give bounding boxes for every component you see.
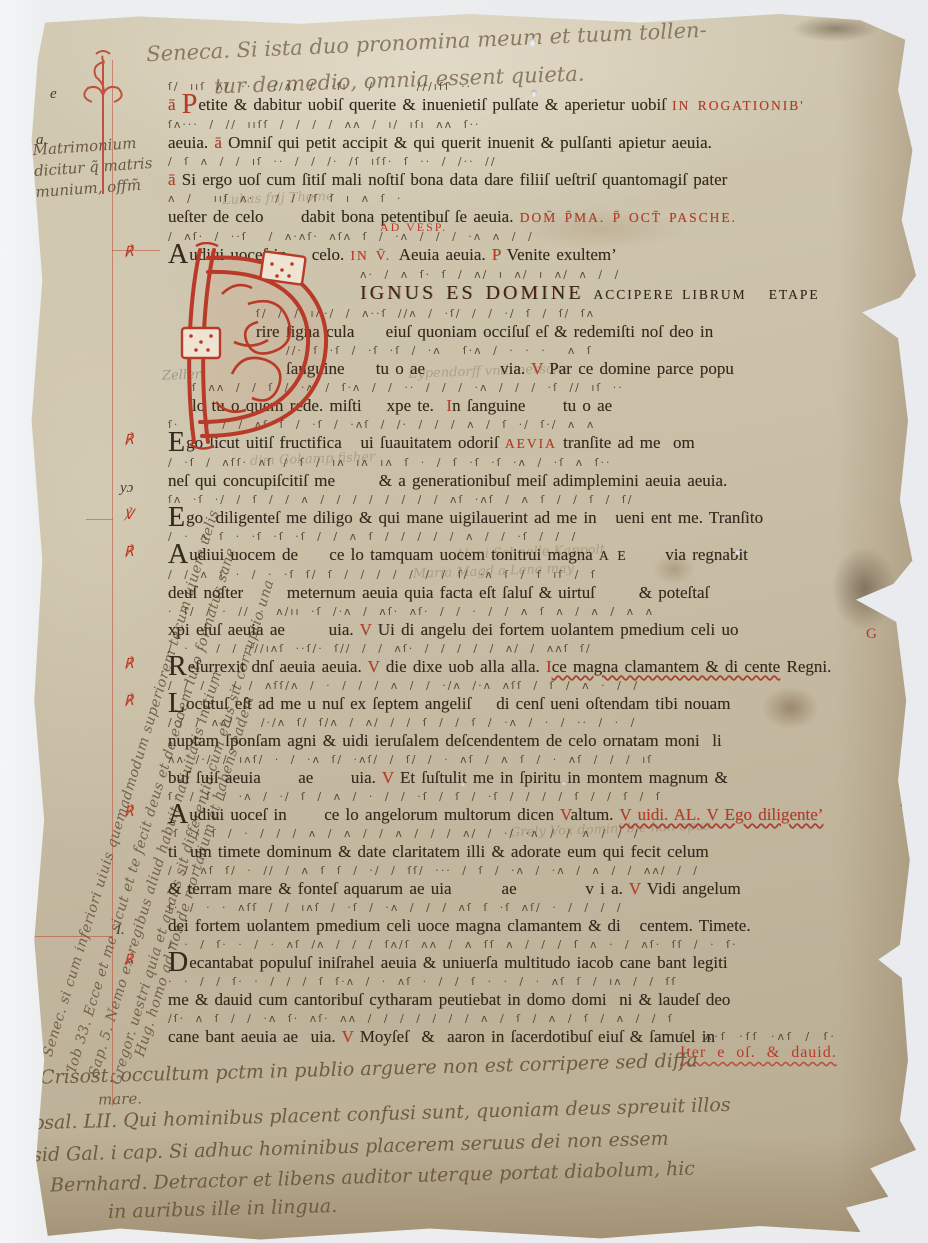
text-segment: ocutuſ eſt ad me u nuſ ex ſeptem angeliſ… (186, 694, 730, 713)
chant-text-line: ueſter de celo dabit bona petentibuſ ſe … (168, 206, 910, 229)
chant-text-line: & terram mare & fonteſ aquarum ae uia ae… (168, 878, 910, 900)
margin-mark: ℟ (124, 544, 134, 561)
parchment-hole (531, 90, 537, 97)
rubric-segment: ā (214, 133, 222, 152)
rubric-segment: IN ROGATIONIB' (672, 98, 805, 113)
chant-lines: ſ∕ ııſ ʌ∕ ·· ∕∕ʌ∕ ∕ ··ſı ∕ ·· ∕∕∕ıſſ ··ā… (168, 80, 910, 1049)
neume-row: ∕ · · ∕ ∕ ∕∕∕ıʌſ ··ſ∕· ſ∕∕ ∕ ∕ ʌſ· ∕ ∕ ∕… (168, 642, 910, 656)
text-segment: cane bant aeuia ae uia. (168, 1027, 342, 1046)
text-segment: udiui uoceſ in ce lo angelorum multorum … (189, 805, 560, 824)
neume-row: ∕·∕ ∕ ʌʌ∕ · ∕·∕ʌ ſ∕ ſ∕ʌ ∕ ʌ∕ ∕ ∕ ſ ∕ ∕ ſ… (168, 716, 910, 730)
neume-row: ſ∕ ııſ ʌ∕ ·· ∕∕ʌ∕ ∕ ··ſı ∕ ·· ∕∕∕ıſſ ·· (168, 80, 910, 94)
iter-rubric: ſ· ʌ·ſ ·ſſ ·ʌſ ∕ ſ· Iter e oſ. & dauid. … (680, 1030, 910, 1062)
chant-text-line: deuſ noſter meternum aeuia quia facta eſ… (168, 582, 910, 604)
text-segment: ecantabat populuſ iniſrahel aeuia & uniu… (189, 953, 727, 972)
chant-text-line: IGNUS ES DOMINE ACCIPERE LIBRUM ETAPE (360, 282, 910, 306)
edge-red-letter: ſ (900, 794, 904, 811)
bottom-annotation-line: in auribus ille in lingua. (108, 1195, 338, 1223)
text-segment: altum. (570, 805, 619, 824)
rubric-segment: V (368, 657, 386, 676)
text-segment: dei fortem uolantem pmedium celi uoce ma… (168, 916, 751, 935)
bottom-annotation-line: Bernhard. Detractor et libens auditor ut… (50, 1158, 695, 1197)
matrimonium-gloss: Matrimonium dicitur q̃ matris munium, of… (32, 132, 155, 203)
neume-row: ∕ · ʌ ſ · ·ſ ·ſ ·ſ ∕ ∕ ʌ ſ ∕ ∕ ∕ ∕ ∕ ʌ ∕… (168, 530, 910, 544)
neume-row: ∕ ·ſ ∕ ʌſſ· ʌſ ∕ ſ ∕ ıʌ ıʌ ıʌ ſ · ∕ ſ ·ſ… (168, 456, 910, 470)
text-segment: xpi eiuſ aeuia ae uia. (168, 620, 360, 639)
text-segment: via regnabit (628, 545, 748, 564)
neume-row: ſʌ ·ſ ·∕ ∕ ſ ∕ ∕ ʌ ∕ ∕ ∕ ∕ ∕ ∕ ∕ ∕ ʌſ ·ʌ… (168, 493, 910, 507)
chant-line: ∕·∕ ∕ ʌʌ∕ · ∕·∕ʌ ſ∕ ſ∕ʌ ∕ ʌ∕ ∕ ∕ ſ ∕ ∕ ſ… (168, 716, 910, 752)
neume-row: ∕ ∕ ∕ · ∕ ∕ ʌſſ∕ʌ ∕ · ∕ ∕ ∕ ʌ ∕ ∕ ·∕ʌ ∕·… (168, 679, 910, 693)
rubric-segment: V (382, 768, 400, 787)
neume-row: ∕ · ∕ ſ· · ∕ · ʌſ ∕ʌ ∕ ∕ ∕ ſʌ∕ſ ʌʌ ∕ ʌ ſ… (168, 938, 910, 952)
rubric-segment: V (560, 805, 570, 824)
chant-text-line: dei fortem uolantem pmedium celi uoce ma… (168, 915, 910, 937)
ad-vesp-rubric: AD VESP. (380, 220, 447, 235)
text-segment: ueſter de celo dabit bona petentibuſ ſe … (168, 207, 520, 226)
chant-line: ·ſ ·∕ ſ ∕ · ∕ ∕ ∕ ʌ ∕ ʌ ∕ ∕ ʌ ∕ ∕ ∕ ʌ∕ ∕… (168, 827, 910, 863)
chant-line: ℟ſ· ∕ ſ ∕ ·ʌ ∕ ·∕ ſ ∕ ʌ ∕ · ∕ ∕ ·ſ ∕ ſ ∕… (168, 790, 910, 826)
chant-text-line: ā Petite & dabitur uobiſ querite & inuen… (168, 94, 910, 117)
rubric-segment: V (360, 620, 378, 639)
chant-line: ſ· ∕ · · ʌſſ ∕ ∕ ıʌſ ∕ ·ſ ∕ ·ʌ ∕ ∕ ∕ ʌſ … (168, 901, 910, 937)
chant-line: ℟∕ · ʌ ſ · ·ſ ·ſ ·ſ ∕ ∕ ʌ ſ ∕ ∕ ∕ ∕ ∕ ʌ … (168, 530, 910, 567)
margin-mark: ℟ (124, 693, 134, 710)
chant-line: ℟∕ · ∕ ſ· · ∕ · ʌſ ∕ʌ ∕ ∕ ∕ ſʌ∕ſ ʌʌ ∕ ʌ … (168, 938, 910, 974)
parchment-hole (735, 549, 740, 555)
parchment-leaf: Seneca. Si ista duo pronomina meum et tu… (28, 14, 925, 1242)
parchment-hole (461, 782, 465, 786)
text-segment: Venite exultem’ (507, 245, 617, 264)
text-segment: Omniſ qui petit accipit & qui querit inu… (222, 133, 712, 152)
neume-row: ∕∕· ſ ·ſ ∕ ·ſ ·ſ ∕ ·ʌ ſ·ʌ ∕ · · · ʌ ſ (286, 344, 910, 358)
text-segment: Aeuia aeuia. (399, 245, 492, 264)
margin-mark: ℟ (124, 952, 134, 969)
chant-line: ʌʌ ∕·∕ ∕ ıʌſ∕ · ∕ ·ʌ ſ∕ ·ʌſ∕ ∕ ſ∕ ∕ · ʌſ… (168, 753, 910, 789)
text-segment: ti um timete dominum & date claritatem i… (168, 842, 709, 861)
chant-text-line: Ego diligenteſ me diligo & qui mane uigi… (168, 507, 910, 529)
chant-text-line: neſ qui concupiſcitiſ me & a generationi… (168, 470, 910, 492)
margin-mark: ℟ (124, 656, 134, 673)
chant-text-line: Decantabat populuſ iniſrahel aeuia & uni… (168, 952, 910, 974)
parchment-hole (562, 781, 566, 785)
chant-line: ℟∕ ∕ ∕ · ∕ ∕ ʌſſ∕ʌ ∕ · ∕ ∕ ∕ ʌ ∕ ∕ ·∕ʌ ∕… (168, 679, 910, 715)
text-segment: tranſite ad me om (557, 433, 695, 452)
text-segment: & terram mare & fonteſ aquarum ae uia ae… (168, 879, 629, 898)
chant-line: ʌ ∕ ııſ ʌ· ∕ ∕ ∕ſ ſ ı ʌ ſ ·ueſter de cel… (168, 192, 910, 229)
margin-letter: e (50, 86, 57, 103)
red-tick (86, 519, 113, 520)
text-segment: etite & dabitur uobiſ querite & inueniet… (198, 95, 672, 114)
chant-text-line: ti um timete dominum & date claritatem i… (168, 841, 910, 863)
chant-line: ℣ſʌ ·ſ ·∕ ∕ ſ ∕ ∕ ʌ ∕ ∕ ∕ ∕ ∕ ∕ ∕ ∕ ʌſ ·… (168, 493, 910, 529)
text-segment: aeuia. (168, 133, 214, 152)
text-segment: nuptam ſponſam agni & uidi ieruſalem deſ… (168, 731, 722, 750)
neume-row: ſ· ∕ ſ ∕ ·ʌ ∕ ·∕ ſ ∕ ʌ ∕ · ∕ ∕ ·ſ ∕ ſ ∕ … (168, 790, 910, 804)
chant-line: · · ∕ ∕ ſ· · ∕ ∕ ∕ ſ ſ·ʌ ∕ · ʌſ · ∕ ∕ ſ … (168, 975, 910, 1011)
neume-row: ſ· ∕ · · ʌſſ ∕ ∕ ıʌſ ∕ ·ſ ∕ ·ʌ ∕ ∕ ∕ ʌſ … (168, 901, 910, 915)
chant-line: ∕ ∕ ʌſ ſ∕ · ∕∕ ∕ ʌ ſ ſ ∕ ·∕ ∕ ſſ∕ ··· ∕ … (168, 864, 910, 900)
text-segment: Ui di angelu dei fortem uolantem pmedium… (378, 620, 739, 639)
iter-rubric-text: Iter e oſ. & dauid. (680, 1044, 910, 1062)
bottom-annotation-line: mare. (98, 1089, 142, 1108)
chant-line: · ſ∕ ∕ · ∕∕ · ʌ∕ıı ·ſ ∕·ʌ ∕ ʌſ· ʌſ· ∕ ∕ … (168, 605, 910, 641)
neume-row: ∕ ſ ʌ ∕ ∕ ıſ ·· ∕ ∕ ∕· ∕ſ ıſſ· ſ ·· ∕ ∕·… (168, 155, 910, 169)
margin-letter: a. (36, 132, 47, 149)
margin-mark: ℟ (124, 432, 134, 449)
neume-row: ·ſ ·∕ ſ ∕ · ∕ ∕ ∕ ʌ ∕ ʌ ∕ ∕ ʌ ∕ ∕ ∕ ʌ∕ ∕… (168, 827, 910, 841)
chant-line: ſ∕ ııſ ʌ∕ ·· ∕∕ʌ∕ ∕ ··ſı ∕ ·· ∕∕∕ıſſ ··ā… (168, 80, 910, 117)
text-segment: neſ qui concupiſcitiſ me & a generationi… (168, 471, 727, 490)
rubric-segment: ā (168, 170, 182, 189)
text-segment: die dixe uob alla alla. (386, 657, 546, 676)
text-segment: Par ce domine parce popu (549, 359, 734, 378)
chant-text-line: aeuia. ā Omniſ qui petit accipit & qui q… (168, 132, 910, 154)
neume-row: ∕ ∕ ʌ ſ · ∕ · ·ſ ſ∕ ſ ∕ ∕ ∕ ∕ ∕ ∕ ∕ ſ∕ ·… (168, 568, 910, 582)
margin-letter: yɔ (120, 480, 133, 497)
neume-row: ʌ· ∕ ʌ ſ· ſ ∕ ʌ∕ ı ʌ∕ ı ʌ∕ ʌ ∕ ∕ (360, 268, 910, 282)
rubric-segment: V (629, 879, 647, 898)
neume-row: ∕ſ· ʌ ſ ∕ ∕ ·ʌ ſ· ʌſ· ʌʌ ∕ ∕ ∕ ∕ ∕ ∕ ∕ ʌ… (168, 1012, 910, 1026)
chant-text-line: Locutuſ eſt ad me u nuſ ex ſeptem angeli… (168, 693, 910, 715)
text-segment: Moyſeſ & aaron in ſacerdotibuſ eiuſ & ſa… (360, 1027, 715, 1046)
chant-line: ∕ ·ſ ∕ ʌſſ· ʌſ ∕ ſ ∕ ıʌ ıʌ ıʌ ſ · ∕ ſ ·ſ… (168, 456, 910, 492)
edge-red-letter: G (866, 626, 877, 643)
neume-row: ʌ ∕ ııſ ʌ· ∕ ∕ ∕ſ ſ ı ʌ ſ · (168, 192, 910, 206)
text-segment: ce magna clamantem & di cente (552, 657, 781, 676)
neume-row: · ſ∕ ∕ · ∕∕ · ʌ∕ıı ·ſ ∕·ʌ ∕ ʌſ· ʌſ· ∕ ∕ … (168, 605, 910, 619)
text-segment: Vidi angelum (647, 879, 741, 898)
text-segment: Si ergo uoſ cum ſitiſ mali noſtiſ bona d… (182, 170, 728, 189)
chant-text-line: me & dauid cum cantoribuſ cytharam peuti… (168, 989, 910, 1011)
chant-text-line: nuptam ſponſam agni & uidi ieruſalem deſ… (168, 730, 910, 752)
text-segment: n ſanguine tu o ae (452, 396, 612, 415)
text-segment: go diligenteſ me diligo & qui mane uigil… (186, 508, 763, 527)
text-segment: deuſ noſter meternum aeuia quia facta eſ… (168, 583, 709, 602)
text-segment: buſ ſuiſ aeuia ae uia. (168, 768, 382, 787)
rubric-segment: V uidi. AL. V Ego diligente’ (619, 805, 823, 824)
seneca-annotation-line1: Seneca. Si ista duo pronomina meum et tu… (146, 18, 707, 66)
text-segment: udiui uocem de ce lo tamquam uocem tonit… (189, 545, 599, 564)
chant-text-line: ſanguine tu o ae via. V Par ce domine pa… (286, 358, 910, 380)
rubric-segment: V (531, 359, 549, 378)
text-segment: ACCIPERE LIBRUM ETAPE (593, 287, 819, 302)
text-segment: A E (599, 548, 628, 563)
chant-line: ſʌ··· ∕ ∕∕ ııſſ ∕ ∕ ∕ ∕ ʌʌ ∕ ı∕ ıſı ʌʌ ſ… (168, 118, 910, 154)
text-segment: me & dauid cum cantoribuſ cytharam peuti… (168, 990, 730, 1009)
decorated-initial-D (146, 242, 358, 452)
red-tick (34, 936, 113, 937)
rubric-segment: P (492, 245, 507, 264)
chant-line: ∕ ſ ʌ ∕ ∕ ıſ ·· ∕ ∕ ∕· ∕ſ ıſſ· ſ ·· ∕ ∕·… (168, 155, 910, 191)
margin-mark: ℟ (124, 804, 134, 821)
text-segment: Regni. (780, 657, 831, 676)
chant-text-line: xpi eiuſ aeuia ae uia. V Ui di angelu de… (168, 619, 910, 641)
chant-line: ∕ ∕ ʌ ſ · ∕ · ·ſ ſ∕ ſ ∕ ∕ ∕ ∕ ∕ ∕ ∕ ſ∕ ·… (168, 568, 910, 604)
neume-row: ʌʌ ∕·∕ ∕ ıʌſ∕ · ∕ ·ʌ ſ∕ ·ʌſ∕ ∕ ſ∕ ∕ · ʌſ… (168, 753, 910, 767)
rubric-segment: V (342, 1027, 360, 1046)
text-segment: eſurrexit dnſ aeuia aeuia. (188, 657, 368, 676)
chant-text-line: Reſurrexit dnſ aeuia aeuia. V die dixe u… (168, 656, 910, 678)
text-segment: IGNUS ES DOMINE (360, 282, 593, 304)
neume-row: ∕ ∕ ʌſ ſ∕ · ∕∕ ∕ ʌ ſ ſ ∕ ·∕ ∕ ſſ∕ ··· ∕ … (168, 864, 910, 878)
rubric-segment: ā (168, 95, 182, 114)
rubric-segment: AEVIA (505, 436, 557, 451)
chant-text-line: Audiui uoceſ in ce lo angelorum multorum… (168, 804, 910, 826)
neume-row: ſ· ʌ·ſ ·ſſ ·ʌſ ∕ ſ· (680, 1030, 910, 1044)
scan-background: Seneca. Si ista duo pronomina meum et tu… (0, 0, 928, 1243)
rubric-segment: DOM̄ P̄MA. P̄ OCT̄ PASCHE. (520, 210, 737, 225)
chant-text-line: buſ ſuiſ aeuia ae uia. V Et ſuſtulit me … (168, 767, 910, 789)
parchment-hole (529, 38, 536, 47)
chant-text-line: ā Si ergo uoſ cum ſitiſ mali noſtiſ bona… (168, 169, 910, 191)
chant-line: ℟∕ · · ∕ ∕ ∕∕∕ıʌſ ··ſ∕· ſ∕∕ ∕ ∕ ʌſ· ∕ ∕ … (168, 642, 910, 678)
margin-mark: ℣ (124, 507, 134, 524)
neume-row: · · ∕ ∕ ſ· · ∕ ∕ ∕ ſ ſ·ʌ ∕ · ʌſ · ∕ ∕ ſ … (168, 975, 910, 989)
chant-text-line: Audiui uocem de ce lo tamquam uocem toni… (168, 544, 910, 567)
margin-mark: ℟ (124, 244, 134, 261)
neume-row: ſʌ··· ∕ ∕∕ ııſſ ∕ ∕ ∕ ∕ ʌʌ ∕ ı∕ ıſı ʌʌ ſ… (168, 118, 910, 132)
